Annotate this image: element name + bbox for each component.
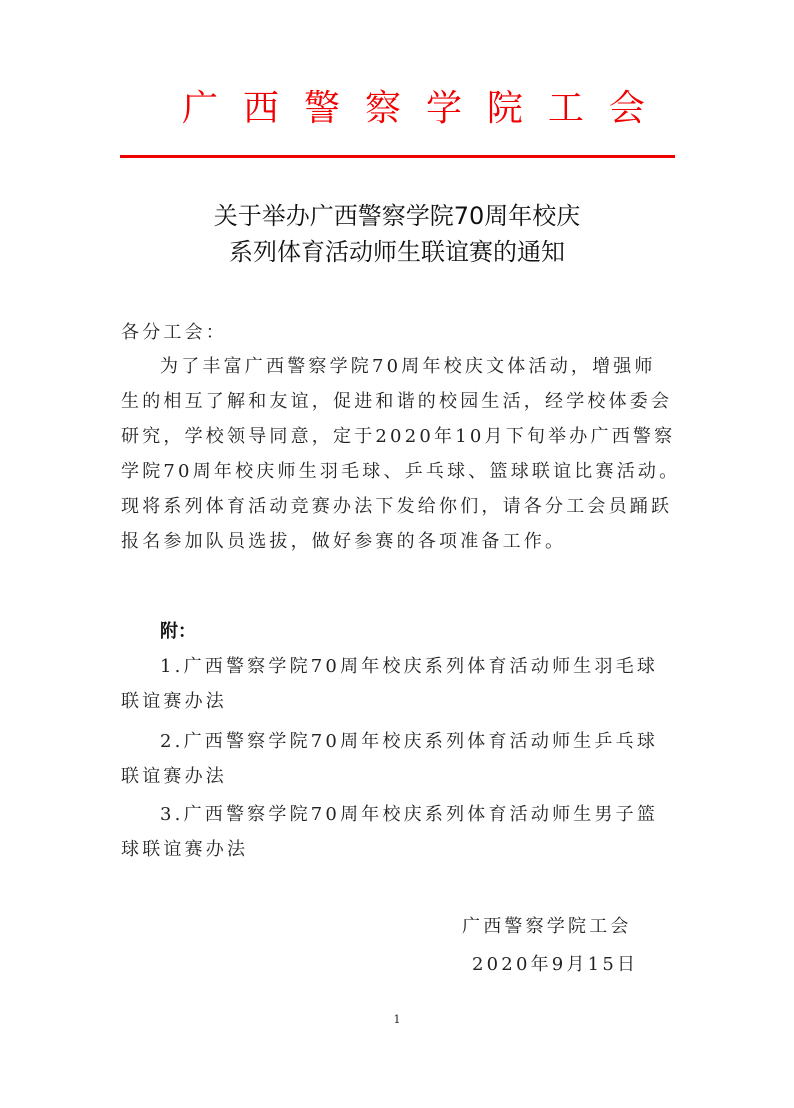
attachment-line: 联谊赛办法	[121, 762, 227, 788]
letterhead-char: 学	[426, 80, 462, 131]
body-line: 学院70周年校庆师生羽毛球、乒乓球、篮球联谊比赛活动。	[121, 457, 680, 483]
body-line: 报名参加队员选拔，做好参赛的各项准备工作。	[121, 527, 566, 553]
letterhead-char: 会	[609, 80, 645, 131]
body-line: 研究，学校领导同意，定于2020年10月下旬举办广西警察	[121, 422, 675, 448]
attachment-line: 球联谊赛办法	[121, 835, 248, 861]
letterhead-char: 广	[182, 80, 218, 131]
attachments-heading: 附：	[160, 617, 196, 643]
letterhead-char: 院	[487, 80, 523, 131]
letterhead-char: 察	[365, 80, 401, 131]
attachment-line: 2.广西警察学院70周年校庆系列体育活动师生乒乓球	[160, 727, 658, 753]
signature-org: 广西警察学院工会	[462, 912, 632, 938]
doc-title-line-2: 系列体育活动师生联谊赛的通知	[0, 232, 794, 267]
salutation: 各分工会：	[121, 318, 227, 344]
signature-date: 2020年9月15日	[472, 950, 638, 976]
letterhead-divider	[120, 155, 675, 158]
body-line: 生的相互了解和友谊，促进和谐的校园生活，经学校体委会	[121, 387, 672, 413]
attachment-line: 3.广西警察学院70周年校庆系列体育活动师生男子篮	[160, 800, 658, 826]
letterhead-char: 警	[304, 80, 340, 131]
body-line: 为了丰富广西警察学院70周年校庆文体活动，增强师	[160, 352, 656, 378]
body-line: 现将系列体育活动竞赛办法下发给你们，请各分工会员踊跃	[121, 492, 672, 518]
letterhead-char: 工	[548, 80, 584, 131]
attachment-line: 联谊赛办法	[121, 687, 227, 713]
letterhead-title: 广 西 警 察 学 院 工 会	[120, 80, 675, 130]
attachment-line: 1.广西警察学院70周年校庆系列体育活动师生羽毛球	[160, 652, 658, 678]
doc-title-line-1: 关于举办广西警察学院70周年校庆	[0, 196, 794, 231]
letterhead-char: 西	[243, 80, 279, 131]
page-number: 1	[0, 1013, 794, 1026]
